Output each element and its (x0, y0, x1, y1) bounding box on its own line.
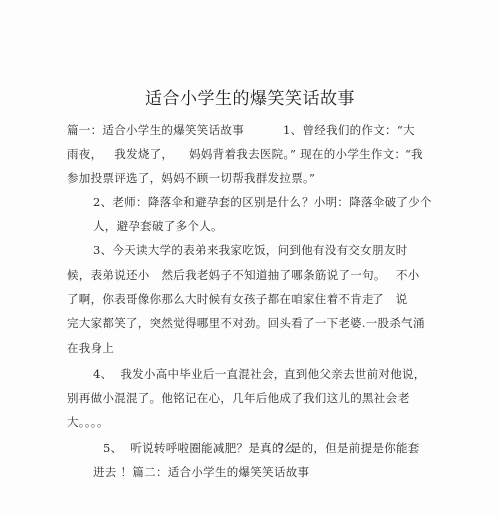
text-line: 4、 我发小高中毕业后一直混社会， (93, 366, 286, 382)
text-line: 参加投票评选了，妈妈不顾一切帮我群发拉票。” (67, 170, 315, 186)
text-line: 篇一：适合小学生的爆笑笑话故事 (67, 122, 244, 138)
text-line: 3、今天读大学的表弟来我家吃饭，问到他有没有交女朋友时 (93, 242, 407, 258)
text-line: 5、 听说转呼啦圈能减肥？是真的么 (103, 440, 296, 456)
text-line: 在我身上 (67, 340, 114, 356)
text-line: 完大家都笑了，突然觉得哪里不对劲。回头看了一下老 (67, 315, 350, 331)
text-line: 大。。。。 (67, 414, 109, 430)
text-line: 了 说 (372, 291, 407, 307)
text-line: 雨夜， 我发烧了， 妈妈背着我去医院。 (67, 146, 295, 162)
text-line: ” 现在的小学生作文： (290, 146, 406, 162)
text-line: 2、老师：降落伞和避孕套的区别是什么 (93, 194, 301, 210)
document-page: 适合小学生的爆笑笑话故事 篇一：适合小学生的爆笑笑话故事1、曾经我们的作文：“大… (0, 0, 500, 516)
text-line: ？是的，但是前提是你能套 (278, 440, 420, 456)
text-line: 老 (398, 390, 410, 406)
text-line: 直到他父亲去世前对他说， (284, 366, 426, 382)
text-line: 别再做小混混了。他铭记在心，几年后他成了我们这儿的黑社会 (67, 390, 397, 406)
text-line: 人，避孕套破了多个人。 (93, 218, 223, 234)
text-line: 婆.一股杀气涌 (350, 315, 425, 331)
text-line: “我 (405, 146, 423, 162)
text-line: ？小明：降落伞破了少个 (302, 194, 432, 210)
document-title: 适合小学生的爆笑笑话故事 (0, 84, 500, 109)
text-line: 不小 (396, 267, 420, 283)
text-line: 候，表弟说还小 然后我老妈子不知道抽了哪条筋说了一句。 (67, 267, 386, 283)
text-line: 进去 ！篇二：适合小学生的爆笑笑话故事 (93, 464, 309, 480)
text-line: 1、曾经我们的作文：“大 (283, 122, 415, 138)
text-line: 了啊，你表哥像你那么大时候有女孩子都在咱家住着不肯走 (67, 291, 374, 307)
